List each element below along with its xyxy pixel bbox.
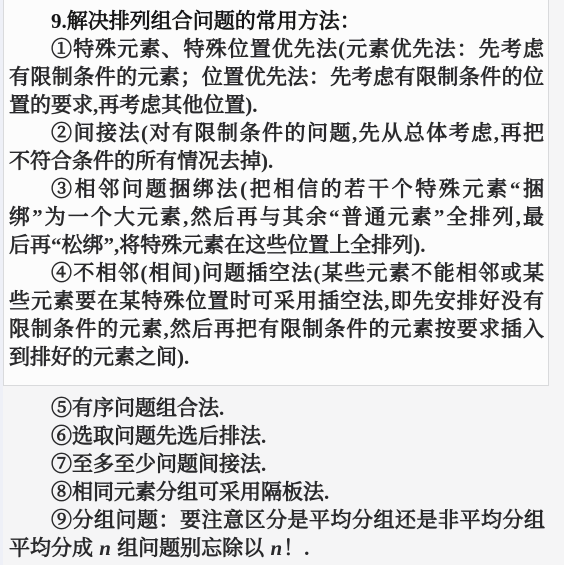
text-line: 置的要求,再考虑其他位置). bbox=[9, 91, 544, 119]
list-item-wrap: 平均分成 n 组问题别忘除以 n！. bbox=[9, 534, 545, 562]
text-line: 限制条件的元素,然后再把有限制条件的元素按要求插入 bbox=[9, 315, 544, 343]
text-line: 些元素要在某特殊位置时可采用插空法,即先安排好没有 bbox=[9, 287, 544, 315]
list-item: ⑥选取问题先选后排法. bbox=[9, 422, 545, 450]
text-segment: 组问题别忘除以 bbox=[112, 536, 270, 560]
math-var-n: n bbox=[98, 536, 112, 560]
text-line: 后再“松绑”,将特殊元素在这些位置上全排列). bbox=[9, 231, 544, 259]
text-segment: ！. bbox=[283, 536, 309, 560]
text-line: 有限制条件的元素；位置优先法：先考虑有限制条件的位 bbox=[9, 63, 544, 91]
list-item: ⑨分组问题：要注意区分是平均分组还是非平均分组 bbox=[9, 506, 545, 534]
text-line: ①特殊元素、特殊位置优先法(元素优先法：先考虑 bbox=[9, 35, 544, 63]
text-line: ②间接法(对有限制条件的问题,先从总体考虑,再把 bbox=[9, 119, 544, 147]
text-line: 到排好的元素之间). bbox=[9, 343, 544, 371]
methods-list: ⑤有序问题组合法. ⑥选取问题先选后排法. ⑦至多至少问题间接法. ⑧相同元素分… bbox=[3, 386, 549, 562]
text-line: ③相邻问题捆绑法(把相信的若干个特殊元素“捆 bbox=[9, 175, 544, 203]
math-var-n: n bbox=[269, 536, 283, 560]
text-segment: 平均分成 bbox=[9, 536, 98, 560]
text-line: 绑”为一个大元素,然后再与其余“普通元素”全排列,最 bbox=[9, 203, 544, 231]
list-item: ⑧相同元素分组可采用隔板法. bbox=[9, 478, 545, 506]
methods-box: 9.解决排列组合问题的常用方法： ①特殊元素、特殊位置优先法(元素优先法：先考虑… bbox=[3, 0, 549, 386]
list-item: ⑦至多至少问题间接法. bbox=[9, 450, 545, 478]
text-line: ④不相邻(相间)问题插空法(某些元素不能相邻或某 bbox=[9, 259, 544, 287]
section-heading: 9.解决排列组合问题的常用方法： bbox=[9, 7, 544, 35]
list-item: ⑤有序问题组合法. bbox=[9, 394, 545, 422]
text-line: 不符合条件的所有情况去掉). bbox=[9, 147, 544, 175]
